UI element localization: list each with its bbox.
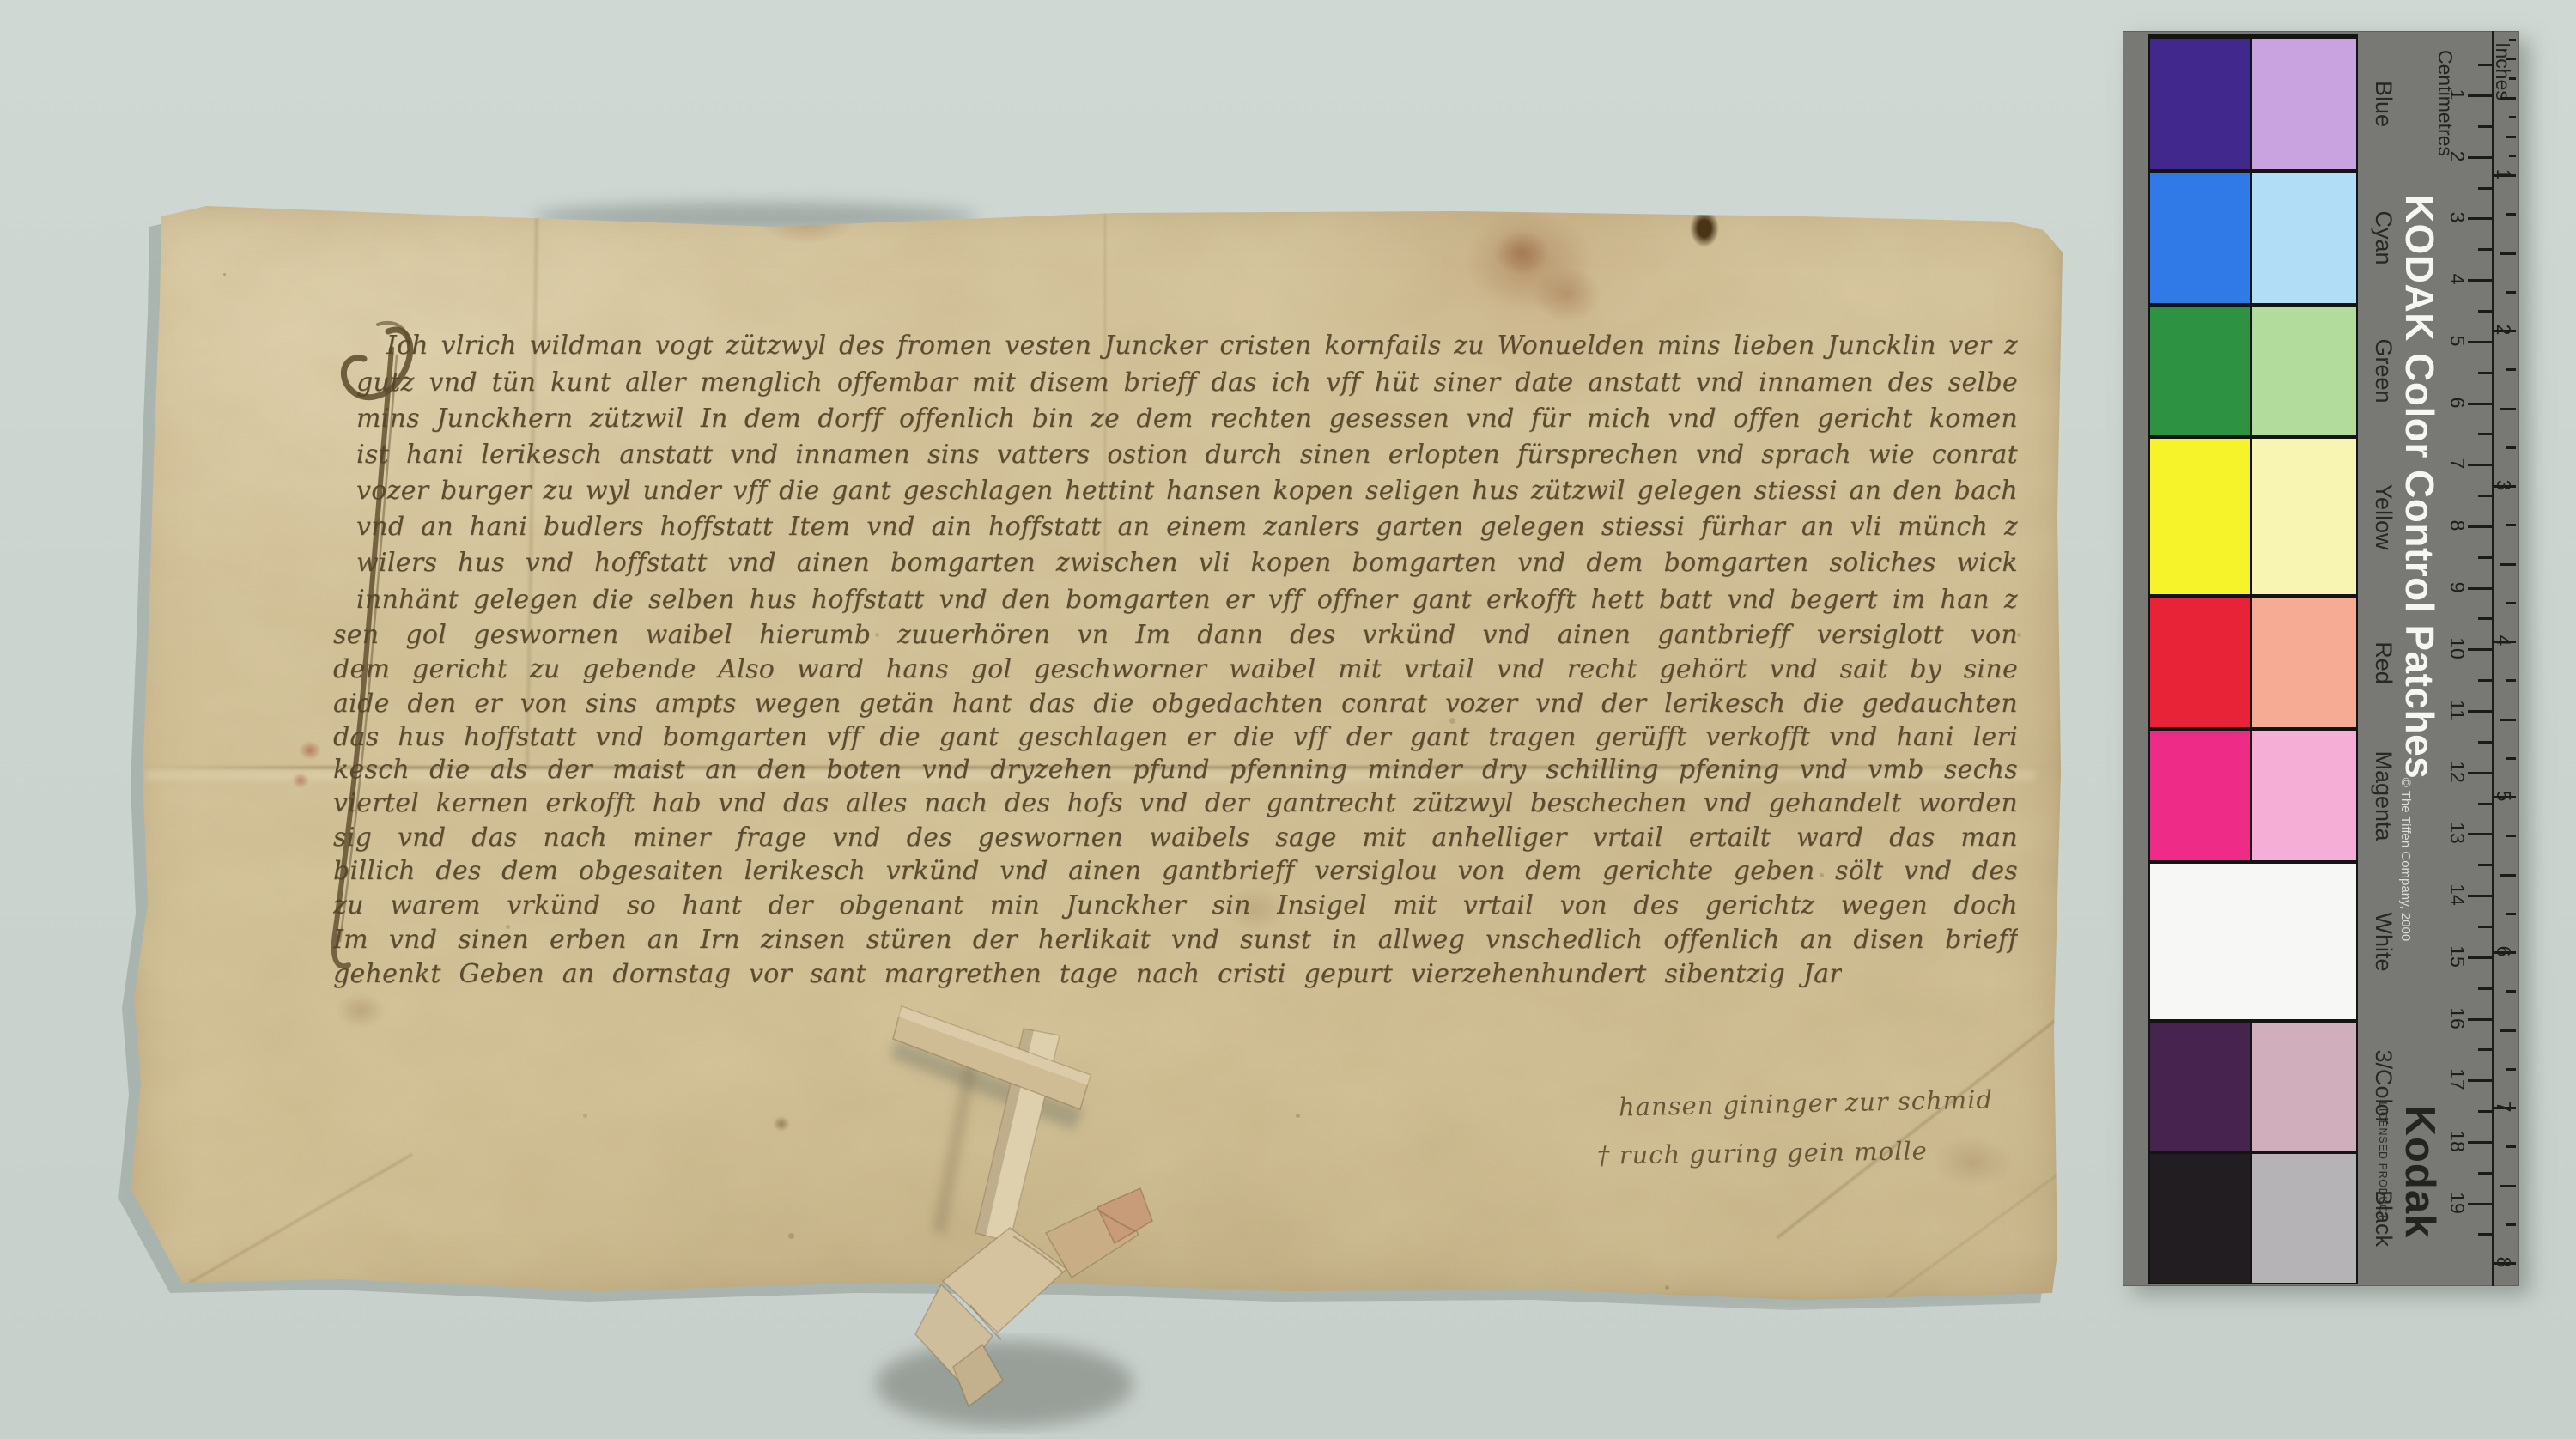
patch-yellow-solid — [2150, 439, 2250, 594]
patch-label-blue: Blue — [2339, 59, 2428, 149]
inch-number: 8 — [2491, 1248, 2517, 1276]
cm-number: 14 — [2445, 881, 2470, 908]
cm-half-tick — [2478, 1048, 2492, 1051]
cm-half-tick — [2478, 433, 2492, 435]
cm-half-tick — [2478, 679, 2492, 682]
inch-quarter-tick — [2506, 679, 2516, 682]
cm-tick — [2468, 217, 2492, 220]
cm-number: 8 — [2445, 512, 2470, 539]
cm-number: 7 — [2445, 450, 2470, 477]
inch-number: 1 — [2491, 161, 2517, 188]
cm-number: 16 — [2445, 1005, 2470, 1032]
patch-label-text: Blue — [2371, 81, 2397, 127]
inch-quarter-tick — [2506, 1068, 2516, 1071]
cm-number: 11 — [2445, 696, 2470, 724]
cm-tick — [2468, 833, 2492, 835]
cm-half-tick — [2478, 926, 2492, 928]
patch-magenta-solid — [2150, 731, 2250, 860]
manuscript-line: ist hani lerikesch anstatt vnd innamen s… — [356, 440, 2018, 476]
cm-tick — [2468, 710, 2492, 713]
cm-half-tick — [2478, 372, 2492, 374]
inch-quarter-tick — [2506, 213, 2516, 216]
manuscript-line: kesch die als der maist an den boten vnd… — [333, 755, 2018, 791]
cm-half-tick — [2478, 864, 2492, 866]
patch-label-text: White — [2371, 912, 2397, 971]
inch-quarter-tick — [2506, 835, 2516, 837]
patch-blue-solid — [2150, 39, 2250, 169]
cm-number: 17 — [2445, 1066, 2470, 1093]
cm-tick — [2468, 525, 2492, 528]
cm-tick — [2468, 1018, 2492, 1021]
cm-tick — [2468, 94, 2492, 97]
cm-number: 10 — [2445, 634, 2470, 662]
manuscript-line: vozer burger zu wyl under vff die gant g… — [356, 476, 2018, 512]
signature-line-2: † ruch guring gein molle — [1597, 1136, 1928, 1169]
cm-number: 3 — [2445, 203, 2470, 231]
inch-eighth-tick — [2509, 77, 2516, 80]
inch-quarter-tick — [2506, 58, 2516, 60]
inch-number: 5 — [2491, 782, 2517, 810]
kodak-color-card: BlueCyanGreenYellowRedMagentaWhite3/Colo… — [2123, 31, 2519, 1286]
manuscript-line: sen gol geswornen waibel hierumb zuuerhö… — [333, 620, 2018, 656]
card-copyright: © The Tiffen Company, 2000 — [2397, 756, 2415, 962]
cm-half-tick — [2478, 1172, 2492, 1175]
inch-eighth-tick — [2509, 155, 2516, 157]
inch-number: 7 — [2491, 1093, 2517, 1120]
cm-tick — [2468, 895, 2492, 897]
inch-quarter-tick — [2506, 990, 2516, 993]
cm-tick — [2468, 587, 2492, 590]
patch-3/color-solid — [2150, 1023, 2250, 1151]
cm-number: 1 — [2445, 81, 2470, 108]
cm-tick — [2468, 1079, 2492, 1082]
inch-quarter-tick — [2506, 1223, 2516, 1226]
manuscript-line: billich des dem obgesaiten lerikesch vrk… — [333, 856, 2018, 892]
cm-half-tick — [2478, 1233, 2492, 1236]
cm-half-tick — [2478, 310, 2492, 313]
cm-half-tick — [2478, 248, 2492, 251]
patch-label-text: Red — [2371, 641, 2397, 684]
manuscript-line: viertel kernen erkofft hab vnd das alles… — [333, 788, 2018, 824]
patch-cyan-solid — [2150, 173, 2250, 303]
cm-number: 4 — [2445, 265, 2470, 293]
inch-eighth-tick — [2509, 39, 2516, 41]
cm-half-tick — [2478, 187, 2492, 190]
cm-tick — [2468, 464, 2492, 466]
inch-quarter-tick — [2506, 291, 2516, 294]
card-title: KODAK Color Control Patches — [2397, 186, 2442, 787]
inch-half-tick — [2500, 97, 2516, 100]
patch-green-solid — [2150, 307, 2250, 435]
cm-number: 18 — [2445, 1127, 2470, 1155]
manuscript-line: innhänt gelegen die selben hus hoffstatt… — [356, 585, 2018, 621]
cm-number: 5 — [2445, 327, 2470, 355]
patch-white — [2150, 864, 2356, 1019]
cm-tick — [2468, 279, 2492, 282]
patch-red-solid — [2150, 598, 2250, 727]
cm-number: 6 — [2445, 389, 2470, 416]
seal-tag — [841, 979, 1185, 1434]
inch-quarter-tick — [2506, 913, 2516, 915]
inch-half-tick — [2500, 1029, 2516, 1032]
patch-label-text: Yellow — [2371, 483, 2397, 549]
cm-half-tick — [2478, 741, 2492, 744]
inch-quarter-tick — [2506, 136, 2516, 138]
cm-tick — [2468, 156, 2492, 159]
manuscript-line: aide den er von sins ampts wegen getän h… — [333, 689, 2018, 725]
inch-half-tick — [2500, 408, 2516, 410]
cm-number: 9 — [2445, 574, 2470, 601]
cm-number: 12 — [2445, 758, 2470, 786]
cm-tick — [2468, 403, 2492, 405]
inch-half-tick — [2500, 1185, 2516, 1187]
manuscript-line: dem gericht zu gebende Also ward hans go… — [333, 654, 2018, 690]
inch-quarter-tick — [2506, 524, 2516, 526]
cm-half-tick — [2478, 987, 2492, 990]
cm-tick — [2468, 956, 2492, 959]
manuscript-line: sig vnd das nach miner frage vnd des ges… — [333, 823, 2018, 859]
inch-number: 3 — [2491, 471, 2517, 499]
patch-black-solid — [2150, 1154, 2250, 1283]
licensed-product-label: LICENSED PRODUCT — [2377, 1091, 2389, 1230]
manuscript-line: vnd an hani budlers hoffstatt Item vnd a… — [356, 512, 2018, 548]
cm-tick — [2468, 1141, 2492, 1144]
inch-number: 2 — [2491, 316, 2517, 343]
manuscript-line: das hus hoffstatt vnd bomgarten vff die … — [333, 722, 2018, 758]
cm-half-tick — [2478, 556, 2492, 559]
cm-half-tick — [2478, 803, 2492, 805]
inch-number: 6 — [2491, 938, 2517, 965]
cm-tick — [2468, 648, 2492, 651]
cm-tick — [2468, 341, 2492, 343]
cm-number: 13 — [2445, 819, 2470, 847]
manuscript-line: Ich vlrich wildman vogt zützwyl des from… — [386, 331, 2018, 367]
inch-quarter-tick — [2506, 446, 2516, 449]
cm-half-tick — [2478, 1110, 2492, 1113]
manuscript-line: Im vnd sinen erben an Irn zinsen stüren … — [333, 925, 2018, 961]
patch-label-text: Green — [2371, 338, 2397, 403]
inch-half-tick — [2500, 252, 2516, 255]
inch-eighth-tick — [2509, 116, 2516, 118]
inch-quarter-tick — [2506, 368, 2516, 371]
cm-number: 2 — [2445, 143, 2470, 170]
inch-quarter-tick — [2506, 602, 2516, 604]
inch-quarter-tick — [2506, 757, 2516, 760]
cm-tick — [2468, 1203, 2492, 1205]
patch-label-text: Cyan — [2371, 210, 2397, 264]
cm-half-tick — [2478, 64, 2492, 66]
inch-number: 4 — [2491, 627, 2517, 654]
manuscript-line: gutz vnd tün kunt aller menglich offemba… — [356, 367, 2018, 404]
cm-half-tick — [2478, 617, 2492, 620]
patch-label-text: Magenta — [2371, 750, 2397, 841]
inch-half-tick — [2500, 874, 2516, 877]
patch-label-white: White — [2339, 897, 2428, 987]
cm-number: 15 — [2445, 943, 2470, 970]
manuscript-line: zu warem vrkünd so hant der obgenant min… — [333, 890, 2018, 926]
inch-quarter-tick — [2506, 1145, 2516, 1148]
cm-number: 19 — [2445, 1189, 2470, 1217]
inch-half-tick — [2500, 719, 2516, 721]
kodak-brand: Kodak — [2396, 1099, 2444, 1245]
photo-stage: Ich vlrich wildman vogt zützwyl des from… — [0, 0, 2576, 1439]
inch-half-tick — [2500, 563, 2516, 566]
cm-half-tick — [2478, 125, 2492, 128]
color-patch-grid — [2148, 34, 2358, 1284]
cm-half-tick — [2478, 495, 2492, 497]
manuscript-line: mins Junckhern zützwil In dem dorff offe… — [356, 404, 2018, 440]
cm-tick — [2468, 772, 2492, 774]
manuscript-line: wilers hus vnd hoffstatt vnd ainen bomga… — [356, 548, 2018, 584]
